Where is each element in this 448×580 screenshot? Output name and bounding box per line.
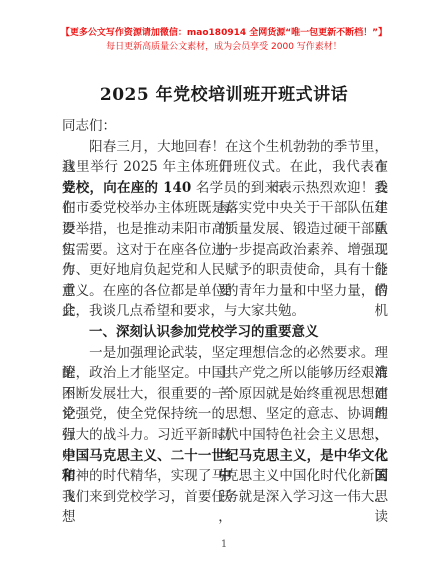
promo-banner: 【更多公文写作资源请加微信：mao180914 全网货源“唯一包更新不断档！”】… xyxy=(0,26,448,54)
text-line: 不断发展壮大，很重要的一个原因就是始终重视思想建党、理 xyxy=(62,384,388,405)
text-line: 意义。在座的各位都是单位的青年力量和中坚力量，借此机 xyxy=(62,281,388,302)
text-line: 要举措，也是推动耒阳市高质量发展、锻造过硬干部队伍的现 xyxy=(62,219,388,240)
text-line: 精神的时代精华，实现了马克思主义中国化时代化新的飞跃。 xyxy=(62,466,388,487)
text-line: 中国马克思主义、二十一世纪马克思主义，是中华文化和中国 xyxy=(62,446,388,467)
text-line: 阳春三月，大地回春！在这个生机勃勃的季节里，我们在 xyxy=(62,137,388,158)
document-body: 同志们： 阳春三月，大地回春！在这个生机勃勃的季节里，我们在这里举行 2025 … xyxy=(62,116,388,507)
text-line: 我们来到党校学习，首要任务就是深入学习这一伟大思想，读 xyxy=(62,487,388,508)
text-line: 在市委党校举办主体班既是落实党中央关于干部队伍建设的重 xyxy=(62,198,388,219)
text-line: 一是加强理论武装，坚定理想信念的必然要求。理论上清 xyxy=(62,343,388,364)
promo-line-1: 【更多公文写作资源请加微信：mao180914 全网货源“唯一包更新不断档！”】 xyxy=(0,26,448,40)
text-line: 实需要。这对于在座各位进一步提高政治素养、增强工作能 xyxy=(62,240,388,261)
document-title: 2025 年党校培训班开班式讲话 xyxy=(0,82,448,108)
text-line: 党校，向在座的 140 名学员的到来表示热烈欢迎！我们每年 xyxy=(62,178,388,199)
promo-line-2: 每日更新高质量公文素材，成为会员享受 2000 写作素材！ xyxy=(0,40,448,54)
page-number: 1 xyxy=(0,538,448,552)
document-page: 【更多公文写作资源请加微信：mao180914 全网货源“唯一包更新不断档！”】… xyxy=(0,0,448,580)
text-line: 一、深刻认识参加党校学习的重要意义 xyxy=(62,322,388,343)
text-line: 力、更好地肩负起党和人民赋予的职责使命，具有十分重要的 xyxy=(62,260,388,281)
text-line: 论强党，使全党保持统一的思想、坚定的意志、协调的行动、 xyxy=(62,404,388,425)
text-line: 醒，政治上才能坚定。中国共产党之所以能够历经艰难困苦而 xyxy=(62,363,388,384)
text-line: 这里举行 2025 年主体班开班仪式。在此，我代表市委、市委 xyxy=(62,157,388,178)
text-line: 同志们： xyxy=(62,116,388,137)
text-line: 强大的战斗力。习近平新时代中国特色社会主义思想，是当代 xyxy=(62,425,388,446)
